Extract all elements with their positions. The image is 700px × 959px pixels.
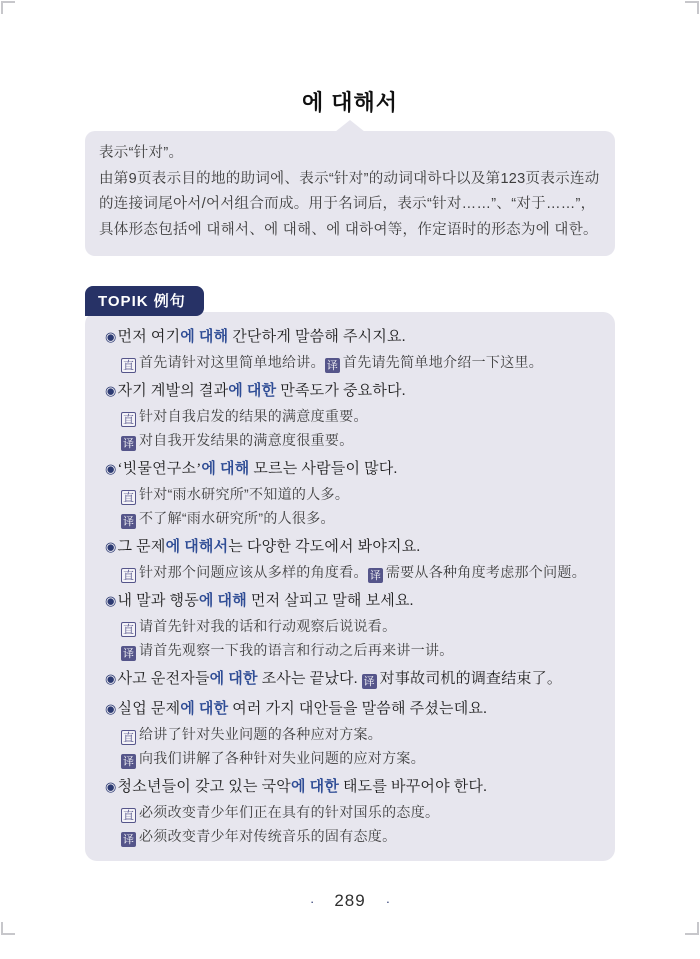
corner-mark-bottom-left bbox=[1, 922, 15, 935]
marker-literal-icon: 直 bbox=[121, 358, 136, 373]
marker-free-icon: 译 bbox=[325, 358, 340, 373]
translation-segment: 直针对那个问题应该从多样的角度看。 bbox=[121, 564, 368, 580]
translation-text: 首先请针对这里简单地给讲。 bbox=[139, 354, 325, 370]
marker-free-icon: 译 bbox=[121, 646, 136, 661]
translation-line: 直请首先针对我的话和行动观察后说说看。 bbox=[105, 614, 599, 638]
grammar-highlight: 에 대해 bbox=[199, 593, 247, 609]
translation-segment: 译对自我开发结果的满意度很重要。 bbox=[121, 432, 354, 448]
korean-sentence: ◉먼저 여기에 대해 간단하게 말씀해 주시지요. bbox=[105, 325, 599, 350]
marker-literal-icon: 直 bbox=[121, 808, 136, 823]
explanation-line: 表示“针对”。 bbox=[99, 141, 601, 167]
translation-line: 译对自我开发结果的满意度很重要。 bbox=[105, 428, 599, 452]
footer-dot-left: · bbox=[310, 894, 314, 909]
translation-segment: 译需要从各种角度考虑那个问题。 bbox=[368, 564, 586, 580]
marker-literal-icon: 直 bbox=[121, 568, 136, 583]
bubble-tail-icon bbox=[335, 120, 365, 132]
korean-text: 간단하게 말씀해 주시지요. bbox=[228, 329, 405, 345]
grammar-highlight: 에 대해 bbox=[180, 329, 228, 345]
translation-segment: 直首先请针对这里简单地给讲。 bbox=[121, 354, 325, 370]
explanation-bubble: 表示“针对”。由第9页表示目的地的助词에、表示“针对”的动词대하다以及第123页… bbox=[85, 131, 615, 256]
explanation-text: 表示“针对”。由第9页表示目的地的助词에、表示“针对”的动词대하다以及第123页… bbox=[85, 131, 615, 256]
korean-sentence: ◉그 문제에 대해서는 다양한 각도에서 봐야지요. bbox=[105, 535, 599, 560]
bullet-icon: ◉ bbox=[105, 462, 117, 477]
korean-sentence: ◉실업 문제에 대한 여러 가지 대안들을 말씀해 주셨는데요. bbox=[105, 697, 599, 722]
corner-mark-top-right bbox=[685, 1, 699, 14]
translation-line: 直首先请针对这里简单地给讲。译首先请先简单地介绍一下这里。 bbox=[105, 350, 599, 374]
korean-text: 여러 가지 대안들을 말씀해 주셨는데요. bbox=[228, 701, 487, 717]
corner-mark-top-left bbox=[1, 1, 15, 14]
page-title: 에 대해서 bbox=[0, 86, 700, 117]
grammar-highlight: 에 대해 bbox=[201, 461, 249, 477]
marker-free-icon: 译 bbox=[121, 436, 136, 451]
marker-free-icon: 译 bbox=[362, 674, 377, 689]
translation-line: 译必须改变青少年对传统音乐的固有态度。 bbox=[105, 824, 599, 848]
examples-list: ◉먼저 여기에 대해 간단하게 말씀해 주시지요.直首先请针对这里简单地给讲。译… bbox=[105, 325, 599, 848]
korean-text: 모르는 사람들이 많다. bbox=[249, 461, 397, 477]
translation-text: 针对那个问题应该从多样的角度看。 bbox=[139, 564, 368, 580]
korean-text: 조사는 끝났다. bbox=[258, 671, 362, 687]
korean-text: 그 문제 bbox=[118, 539, 166, 555]
translation-segment: 直给讲了针对失业问题的各种应对方案。 bbox=[121, 726, 382, 742]
marker-free-icon: 译 bbox=[368, 568, 383, 583]
translation-text: 必须改变青少年们正在具有的针对国乐的态度。 bbox=[139, 804, 439, 820]
marker-literal-icon: 直 bbox=[121, 412, 136, 427]
korean-sentence: ◉청소년들이 갖고 있는 국악에 대한 태도를 바꾸어야 한다. bbox=[105, 775, 599, 800]
translation-text: 对自我开发结果的满意度很重要。 bbox=[139, 432, 354, 448]
page-footer: · 289 · bbox=[0, 891, 700, 911]
example-item: ◉‘빗물연구소’에 대해 모르는 사람들이 많다.直针对“雨水研究所”不知道的人… bbox=[105, 457, 599, 530]
corner-mark-bottom-right bbox=[685, 922, 699, 935]
translation-segment: 译不了解“雨水研究所”的人很多。 bbox=[121, 510, 335, 526]
marker-literal-icon: 直 bbox=[121, 622, 136, 637]
marker-free-icon: 译 bbox=[121, 754, 136, 769]
marker-free-icon: 译 bbox=[121, 514, 136, 529]
examples-box: ◉먼저 여기에 대해 간단하게 말씀해 주시지요.直首先请针对这里简单地给讲。译… bbox=[85, 312, 615, 861]
translation-text: 给讲了针对失业问题的各种应对方案。 bbox=[139, 726, 382, 742]
korean-text: 먼저 살피고 말해 보세요. bbox=[247, 593, 414, 609]
grammar-highlight: 에 대한 bbox=[180, 701, 228, 717]
korean-sentence: ◉사고 운전자들에 대한 조사는 끝났다. 译对事故司机的调查结束了。 bbox=[105, 667, 599, 692]
translation-line: 直针对“雨水研究所”不知道的人多。 bbox=[105, 482, 599, 506]
translation-line: 译不了解“雨水研究所”的人很多。 bbox=[105, 506, 599, 530]
bullet-icon: ◉ bbox=[105, 540, 117, 555]
translation-line: 译请首先观察一下我的语言和行动之后再来讲一讲。 bbox=[105, 638, 599, 662]
korean-text: 먼저 여기 bbox=[118, 329, 181, 345]
example-item: ◉그 문제에 대해서는 다양한 각도에서 봐야지요.直针对那个问题应该从多样的角… bbox=[105, 535, 599, 584]
translation-segment: 直针对“雨水研究所”不知道的人多。 bbox=[121, 486, 349, 502]
translation-segment: 译必须改变青少年对传统音乐的固有态度。 bbox=[121, 828, 396, 844]
translation-text: 需要从各种角度考虑那个问题。 bbox=[386, 564, 586, 580]
korean-text: 청소년들이 갖고 있는 국악 bbox=[118, 779, 291, 795]
footer-dot-right: · bbox=[386, 894, 390, 909]
grammar-highlight: 에 대한 bbox=[291, 779, 339, 795]
korean-text: 태도를 바꾸어야 한다. bbox=[339, 779, 487, 795]
translation-text: 不了解“雨水研究所”的人很多。 bbox=[139, 510, 335, 526]
marker-literal-icon: 直 bbox=[121, 490, 136, 505]
translation-text: 请首先针对我的话和行动观察后说说看。 bbox=[139, 618, 396, 634]
korean-sentence: ◉자기 계발의 결과에 대한 만족도가 중요하다. bbox=[105, 379, 599, 404]
grammar-highlight: 에 대한 bbox=[228, 383, 276, 399]
bullet-icon: ◉ bbox=[105, 330, 117, 345]
korean-sentence: ◉내 말과 행동에 대해 먼저 살피고 말해 보세요. bbox=[105, 589, 599, 614]
example-item: ◉사고 운전자들에 대한 조사는 끝났다. 译对事故司机的调查结束了。 bbox=[105, 667, 599, 692]
translation-line: 直针对那个问题应该从多样的角度看。译需要从各种角度考虑那个问题。 bbox=[105, 560, 599, 584]
translation-segment: 直必须改变青少年们正在具有的针对国乐的态度。 bbox=[121, 804, 439, 820]
example-item: ◉청소년들이 갖고 있는 국악에 대한 태도를 바꾸어야 한다.直必须改变青少年… bbox=[105, 775, 599, 848]
example-item: ◉내 말과 행동에 대해 먼저 살피고 말해 보세요.直请首先针对我的话和行动观… bbox=[105, 589, 599, 662]
translation-text: 必须改变青少年对传统音乐的固有态度。 bbox=[139, 828, 396, 844]
example-item: ◉자기 계발의 결과에 대한 만족도가 중요하다.直针对自我启发的结果的满意度重… bbox=[105, 379, 599, 452]
marker-free-icon: 译 bbox=[121, 832, 136, 847]
example-item: ◉먼저 여기에 대해 간단하게 말씀해 주시지요.直首先请针对这里简单地给讲。译… bbox=[105, 325, 599, 374]
translation-line: 译向我们讲解了各种针对失业问题的应对方案。 bbox=[105, 746, 599, 770]
korean-text: ‘빗물연구소’ bbox=[118, 461, 202, 477]
translation-line: 直针对自我启发的结果的满意度重要。 bbox=[105, 404, 599, 428]
topik-section-badge: TOPIK 例句 bbox=[85, 286, 204, 316]
grammar-highlight: 에 대한 bbox=[210, 671, 258, 687]
translation-segment: 译对事故司机的调查结束了。 bbox=[362, 671, 562, 687]
bullet-icon: ◉ bbox=[105, 780, 117, 795]
grammar-highlight: 에 대해서 bbox=[166, 539, 229, 555]
translation-line: 直给讲了针对失业问题的各种应对方案。 bbox=[105, 722, 599, 746]
korean-text: 자기 계발의 결과 bbox=[118, 383, 229, 399]
korean-text: 사고 운전자들 bbox=[118, 671, 210, 687]
bullet-icon: ◉ bbox=[105, 594, 117, 609]
translation-text: 针对自我启发的结果的满意度重要。 bbox=[139, 408, 368, 424]
translation-text: 向我们讲解了各种针对失业问题的应对方案。 bbox=[139, 750, 425, 766]
translation-text: 对事故司机的调查结束了。 bbox=[380, 671, 562, 687]
translation-text: 请首先观察一下我的语言和行动之后再来讲一讲。 bbox=[139, 642, 454, 658]
bullet-icon: ◉ bbox=[105, 672, 117, 687]
translation-segment: 译向我们讲解了各种针对失业问题的应对方案。 bbox=[121, 750, 425, 766]
bullet-icon: ◉ bbox=[105, 702, 117, 717]
korean-sentence: ◉‘빗물연구소’에 대해 모르는 사람들이 많다. bbox=[105, 457, 599, 482]
korean-text: 내 말과 행동 bbox=[118, 593, 199, 609]
translation-segment: 译首先请先简单地介绍一下这里。 bbox=[325, 354, 543, 370]
korean-text: 실업 문제 bbox=[118, 701, 181, 717]
translation-segment: 直请首先针对我的话和行动观察后说说看。 bbox=[121, 618, 396, 634]
korean-text: 는 다양한 각도에서 봐야지요. bbox=[228, 539, 420, 555]
example-item: ◉실업 문제에 대한 여러 가지 대안들을 말씀해 주셨는데요.直给讲了针对失业… bbox=[105, 697, 599, 770]
translation-text: 针对“雨水研究所”不知道的人多。 bbox=[139, 486, 349, 502]
translation-text: 首先请先简单地介绍一下这里。 bbox=[343, 354, 543, 370]
translation-line: 直必须改变青少年们正在具有的针对国乐的态度。 bbox=[105, 800, 599, 824]
translation-segment: 译请首先观察一下我的语言和行动之后再来讲一讲。 bbox=[121, 642, 454, 658]
page-number: 289 bbox=[334, 891, 365, 911]
explanation-line: 由第9页表示目的地的助词에、表示“针对”的动词대하다以及第123页表示连动的连接… bbox=[99, 167, 601, 244]
translation-segment: 直针对自我启发的结果的满意度重要。 bbox=[121, 408, 368, 424]
korean-text: 만족도가 중요하다. bbox=[276, 383, 405, 399]
bullet-icon: ◉ bbox=[105, 384, 117, 399]
marker-literal-icon: 直 bbox=[121, 730, 136, 745]
